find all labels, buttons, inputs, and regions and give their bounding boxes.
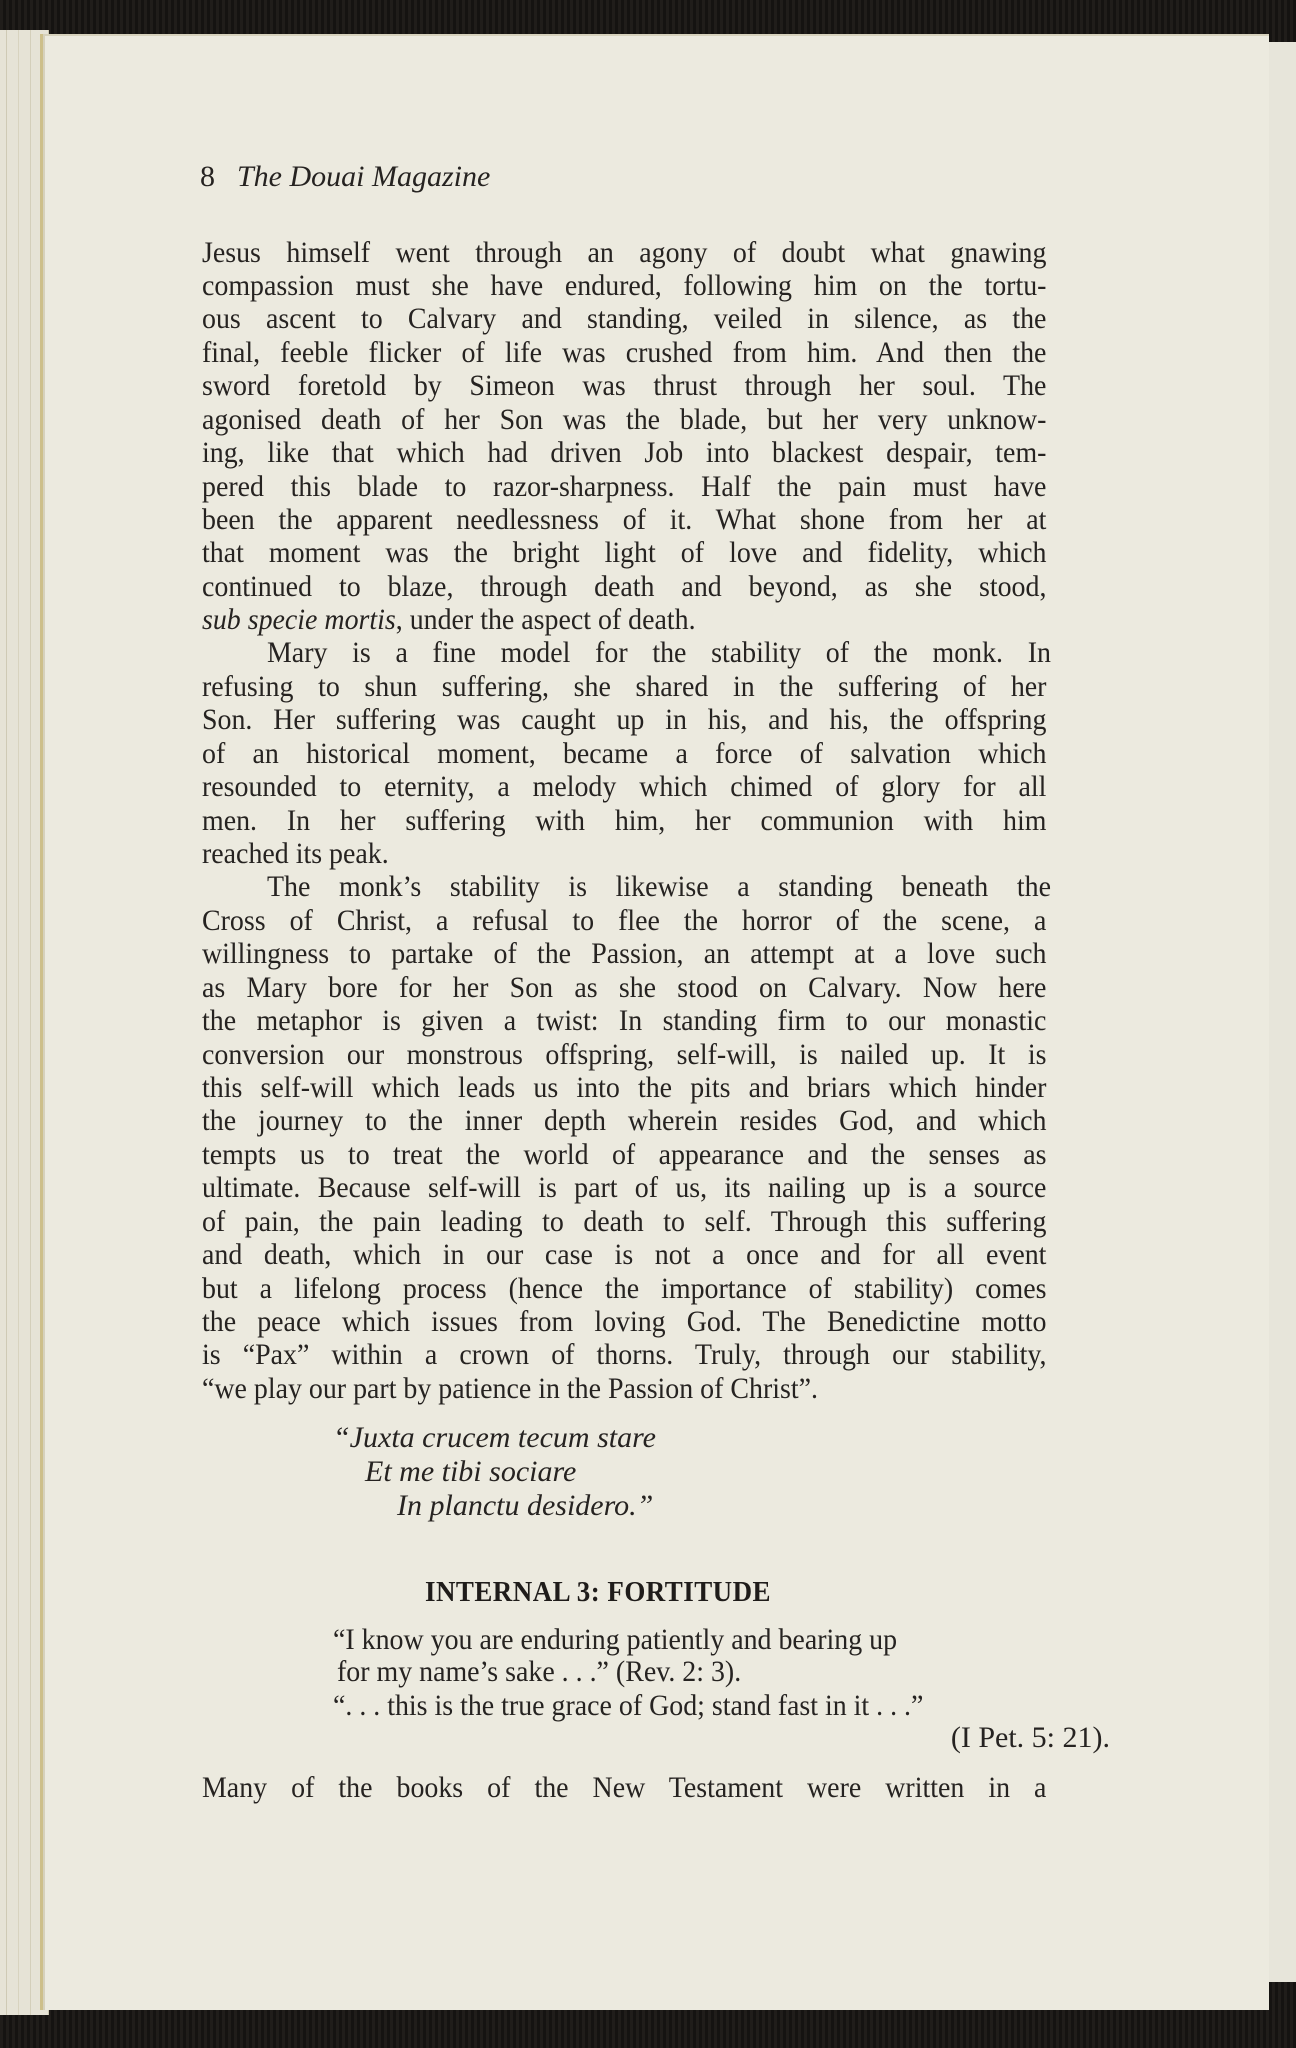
body-line: sword foretold by Simeon was thrust thro… xyxy=(202,369,1046,403)
body-line: but a lifelong process (hence the import… xyxy=(202,1272,1046,1306)
body-line: willingness to partake of the Passion, a… xyxy=(202,937,1046,971)
body-line: pered this blade to razor-sharpness. Hal… xyxy=(202,470,1046,504)
verse-line: In planctu desidero.” xyxy=(397,1489,653,1523)
section-heading: INTERNAL 3: FORTITUDE xyxy=(425,1576,771,1609)
body-line: this self-will which leads us into the p… xyxy=(202,1071,1046,1105)
body-line: continued to blaze, through death and be… xyxy=(202,570,1046,604)
page-edge-line xyxy=(30,30,31,2015)
body-line: men. In her suffering with him, her comm… xyxy=(202,804,1046,838)
body-line-italic-phrase: sub specie mortis, under the aspect of d… xyxy=(202,603,1046,637)
body-line: the metaphor is given a twist: In standi… xyxy=(202,1004,1046,1038)
verse-line: “Juxta crucem tecum stare xyxy=(333,1421,656,1455)
body-line: Many of the books of the New Testament w… xyxy=(202,1771,1046,1805)
body-line: been the apparent needlessness of it. Wh… xyxy=(202,503,1046,537)
body-line: of an historical moment, became a force … xyxy=(202,737,1046,771)
epigraph-line: “I know you are enduring patiently and b… xyxy=(333,1623,897,1657)
body-line: conversion our monstrous offspring, self… xyxy=(202,1038,1046,1072)
latin-phrase: sub specie mortis xyxy=(202,603,396,636)
body-line: agonised death of her Son was the blade,… xyxy=(202,403,1046,437)
body-line: Son. Her suffering was caught up in his,… xyxy=(202,703,1046,737)
page-number: 8 xyxy=(200,160,215,193)
body-line: is “Pax” within a crown of thorns. Truly… xyxy=(202,1338,1046,1372)
body-line: Jesus himself went through an agony of d… xyxy=(202,236,1046,270)
page-edge-line xyxy=(18,30,19,2015)
body-line: final, feeble flicker of life was crushe… xyxy=(202,336,1046,370)
epigraph-line: “. . . this is the true grace of God; st… xyxy=(333,1689,923,1723)
body-line: Cross of Christ, a refusal to flee the h… xyxy=(202,904,1046,938)
epigraph-line: for my name’s sake . . .” (Rev. 2: 3). xyxy=(337,1655,741,1689)
verse-line: Et me tibi sociare xyxy=(365,1455,576,1489)
facing-page-edge xyxy=(1266,42,1296,1982)
paragraph-first-line: The monk’s stability is likewise a stand… xyxy=(267,870,1051,904)
body-line: as Mary bore for her Son as she stood on… xyxy=(202,971,1046,1005)
body-line: the peace which issues from loving God. … xyxy=(202,1305,1046,1339)
body-line: and death, which in our case is not a on… xyxy=(202,1238,1046,1272)
body-line: refusing to shun suffering, she shared i… xyxy=(202,670,1046,704)
phrase-translation: , under the aspect of death. xyxy=(396,603,696,636)
body-line: “we play our part by patience in the Pas… xyxy=(202,1372,1046,1406)
body-line: ing, like that which had driven Job into… xyxy=(202,436,1046,470)
body-line: of pain, the pain leading to death to se… xyxy=(202,1205,1046,1239)
body-line: that moment was the bright light of love… xyxy=(202,536,1046,570)
epigraph-citation: (I Pet. 5: 21). xyxy=(951,1721,1110,1755)
paragraph-first-line: Mary is a fine model for the stability o… xyxy=(267,636,1051,670)
body-line: tempts us to treat the world of appearan… xyxy=(202,1138,1046,1172)
body-line: resounded to eternity, a melody which ch… xyxy=(202,770,1046,804)
body-line: reached its peak. xyxy=(202,837,1046,871)
body-line: compassion must she have endured, follow… xyxy=(202,269,1046,303)
running-title: The Douai Magazine xyxy=(237,160,490,193)
body-line: the journey to the inner depth wherein r… xyxy=(202,1104,1046,1138)
body-line: ous ascent to Calvary and standing, veil… xyxy=(202,302,1046,336)
body-line: ultimate. Because self-will is part of u… xyxy=(202,1171,1046,1205)
page-edge-line xyxy=(6,30,7,2015)
running-header: 8The Douai Magazine xyxy=(200,160,490,194)
